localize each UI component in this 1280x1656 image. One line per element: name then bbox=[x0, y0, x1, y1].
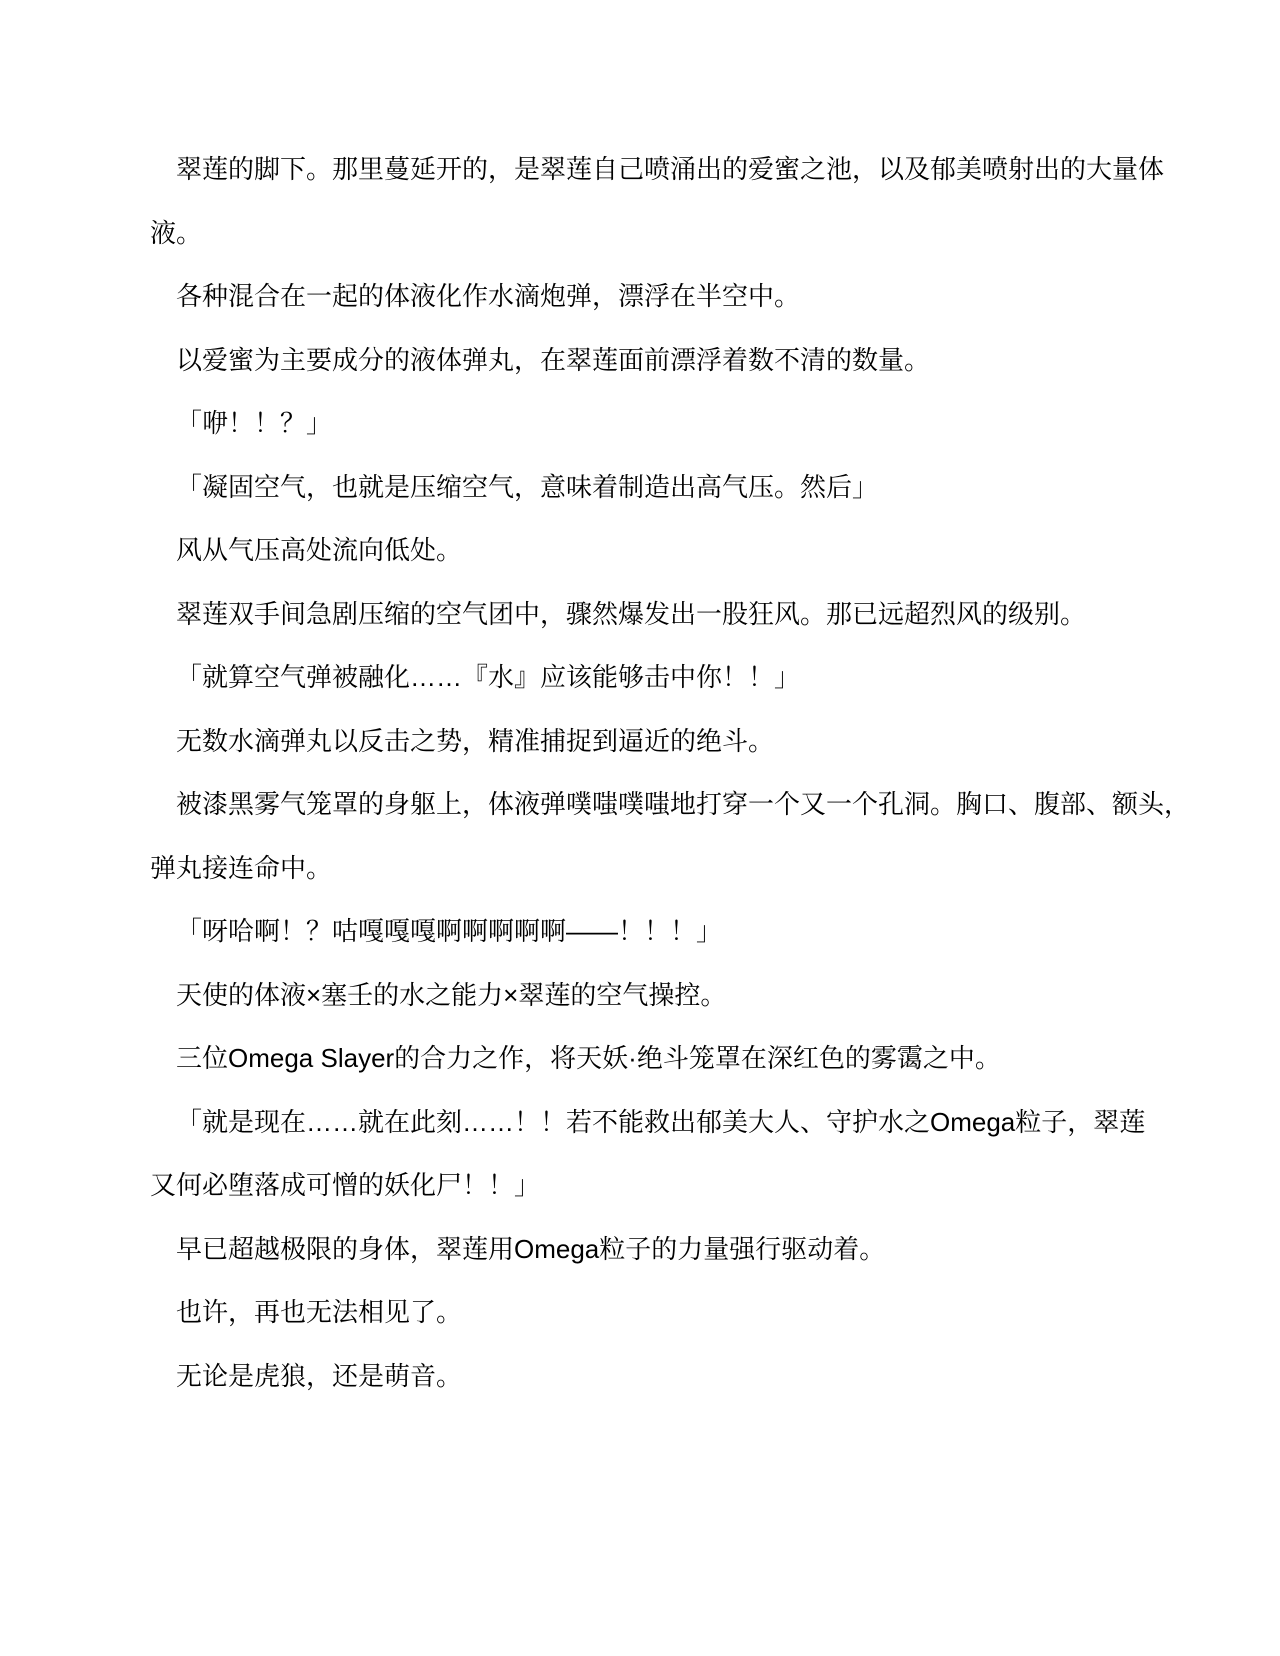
text-line: 被漆黑雾气笼罩的身躯上，体液弹噗嗤噗嗤地打穿一个又一个孔洞。胸口、腹部、额头， bbox=[150, 773, 1160, 837]
text-line: 风从气压高处流向低处。 bbox=[150, 519, 1160, 583]
text-line: 翠莲双手间急剧压缩的空气团中，骤然爆发出一股狂风。那已远超烈风的级别。 bbox=[150, 583, 1160, 647]
text-line: 「呀哈啊！？咕嘎嘎嘎啊啊啊啊啊——！！！」 bbox=[150, 900, 1160, 964]
text-line: 天使的体液×塞壬的水之能力×翠莲的空气操控。 bbox=[150, 964, 1160, 1028]
text-line: 早已超越极限的身体，翠莲用Omega粒子的力量强行驱动着。 bbox=[150, 1218, 1160, 1282]
text-line: 无论是虎狼，还是萌音。 bbox=[150, 1345, 1160, 1409]
text-line: 也许，再也无法相见了。 bbox=[150, 1281, 1160, 1345]
text-column: 翠莲的脚下。那里蔓延开的，是翠莲自己喷涌出的爱蜜之池，以及郁美喷射出的大量体 液… bbox=[150, 138, 1160, 1408]
text-line: 「就是现在……就在此刻……！！若不能救出郁美大人、守护水之Omega粒子，翠莲 bbox=[150, 1091, 1160, 1155]
text-line: 以爱蜜为主要成分的液体弹丸，在翠莲面前漂浮着数不清的数量。 bbox=[150, 329, 1160, 393]
text-line: 「凝固空气，也就是压缩空气，意味着制造出高气压。然后」 bbox=[150, 456, 1160, 520]
text-line: 又何必堕落成可憎的妖化尸！！」 bbox=[150, 1154, 1160, 1218]
text-line: 液。 bbox=[150, 202, 1160, 266]
text-line: 弹丸接连命中。 bbox=[150, 837, 1160, 901]
text-line: 「就算空气弹被融化……『水』应该能够击中你！！」 bbox=[150, 646, 1160, 710]
text-line: 各种混合在一起的体液化作水滴炮弹，漂浮在半空中。 bbox=[150, 265, 1160, 329]
novel-page: 翠莲的脚下。那里蔓延开的，是翠莲自己喷涌出的爱蜜之池，以及郁美喷射出的大量体 液… bbox=[0, 0, 1280, 1656]
text-line: 三位Omega Slayer的合力之作，将天妖·绝斗笼罩在深红色的雾霭之中。 bbox=[150, 1027, 1160, 1091]
text-line: 翠莲的脚下。那里蔓延开的，是翠莲自己喷涌出的爱蜜之池，以及郁美喷射出的大量体 bbox=[150, 138, 1160, 202]
text-line: 「咿！！？」 bbox=[150, 392, 1160, 456]
text-line: 无数水滴弹丸以反击之势，精准捕捉到逼近的绝斗。 bbox=[150, 710, 1160, 774]
